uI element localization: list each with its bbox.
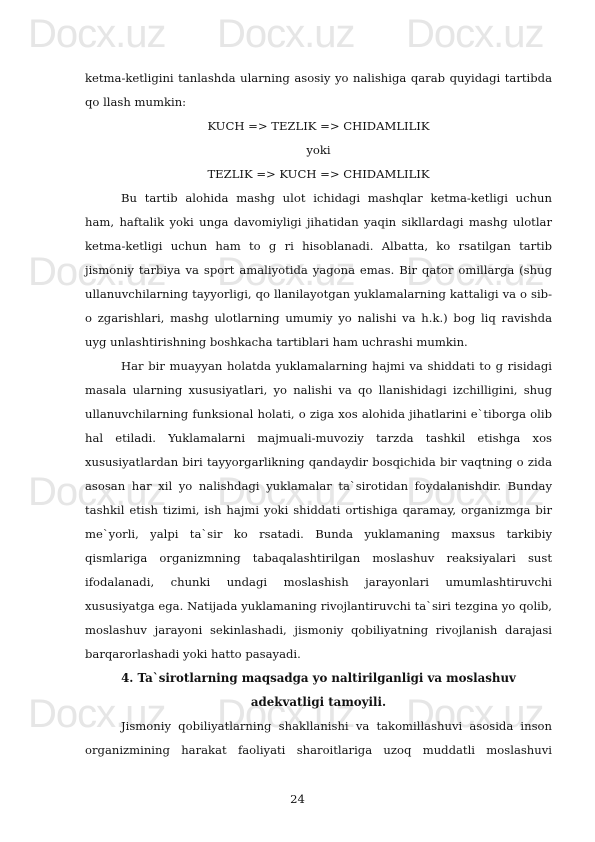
section-heading-continued: adekvatligi tamoyili.	[85, 690, 552, 714]
body-paragraph: Har bir muayyan holatda yuklamalarning h…	[85, 354, 552, 666]
watermark: Docx.uz	[217, 14, 406, 54]
watermark: Docx.uz	[28, 14, 217, 54]
page-number: 24	[0, 792, 595, 806]
sequence-strength-first: KUCH => TEZLIK => CHIDAMLILIK	[85, 114, 552, 138]
body-paragraph: Bu tartib alohida mashg ulot ichidagi ma…	[85, 186, 552, 354]
watermark-row: Docx.uz Docx.uz Docx.uz	[0, 14, 595, 54]
sequence-speed-first: TEZLIK => KUCH => CHIDAMLILIK	[85, 162, 552, 186]
intro-paragraph: ketma-ketligini tanlashda ularning asosi…	[85, 66, 552, 114]
section-heading: 4. Ta`sirotlarning maqsadga yo naltirilg…	[85, 666, 552, 690]
document-page: ketma-ketligini tanlashda ularning asosi…	[85, 66, 552, 762]
sequence-or: yoki	[85, 138, 552, 162]
body-paragraph: Jismoniy qobiliyatlarning shakllanishi v…	[85, 714, 552, 762]
watermark: Docx.uz	[406, 14, 595, 54]
